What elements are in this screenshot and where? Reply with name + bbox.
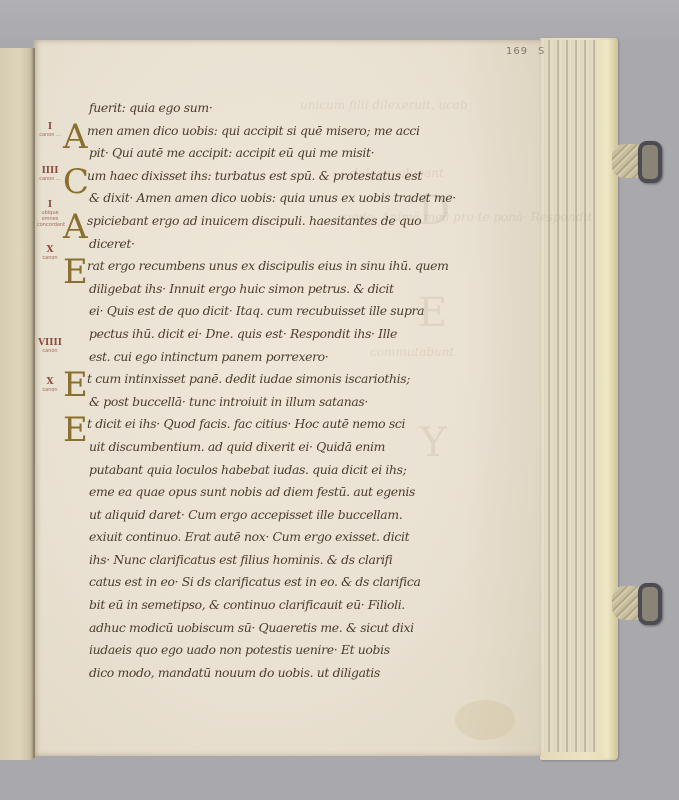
text-line: adhuc modicū uobiscum sū· Quaeretis me. … xyxy=(63,617,443,640)
line-text: & dixit· Amen amen dico uobis: quia unus… xyxy=(89,187,456,210)
gutter xyxy=(33,48,35,758)
folio-number: 169 xyxy=(506,46,528,57)
canon-label: canon ... xyxy=(39,132,61,138)
quire-mark: S xyxy=(538,46,544,57)
line-text: dico modo, mandatū nouum do uobis. ut di… xyxy=(89,662,380,685)
canon-label: canon ... xyxy=(39,176,61,182)
text-line: ut aliquid daret· Cum ergo accepisset il… xyxy=(63,504,443,527)
text-line: Erat ergo recumbens unus ex discipulis e… xyxy=(63,255,443,278)
text-line: Cum haec dixisset ihs: turbatus est spū.… xyxy=(63,165,443,188)
canon-margin-note: Iubique omnes concordant xyxy=(37,200,63,228)
line-text: catus est in eo· Si ds clarificatus est … xyxy=(89,571,421,594)
lower-clasp xyxy=(612,578,662,628)
text-line: Et cum intinxisset panē. dedit iudae sim… xyxy=(63,368,443,391)
canon-label: canon xyxy=(42,255,57,261)
line-text: putabant quia loculos habebat iudas. qui… xyxy=(89,459,407,482)
text-line: uit discumbentium. ad quid dixerit ei· Q… xyxy=(63,436,443,459)
text-line: Et dicit ei ihs· Quod facis. fac citius·… xyxy=(63,413,443,436)
line-text: men amen dico uobis: qui accipit si quē … xyxy=(87,120,420,143)
text-line: ihs· Nunc clarificatus est filius homini… xyxy=(63,549,443,572)
clasp-ring-icon xyxy=(638,583,662,625)
line-text: t dicit ei ihs· Quod facis. fac citius· … xyxy=(87,413,405,436)
text-line: exiuit continuo. Erat autē nox· Cum ergo… xyxy=(63,526,443,549)
text-block: fuerit: quia ego sum·Amen amen dico uobi… xyxy=(63,97,443,684)
text-line: ei· Quis est de quo dicit· Itaq. cum rec… xyxy=(63,300,443,323)
line-text: iudaeis quo ego uado non potestis uenire… xyxy=(89,639,390,662)
line-text: ihs· Nunc clarificatus est filius homini… xyxy=(89,549,393,572)
line-text: pit· Qui autē me accipit: accipit eū qui… xyxy=(89,142,374,165)
canon-margin-note: IIIIcanon ... xyxy=(37,166,63,182)
clasp-ring-icon xyxy=(638,141,662,183)
canon-label: ubique omnes concordant xyxy=(37,210,65,228)
upper-clasp xyxy=(612,136,662,186)
canon-number: IIII xyxy=(37,166,63,176)
line-text: ei· Quis est de quo dicit· Itaq. cum rec… xyxy=(89,300,424,323)
canon-number: X xyxy=(37,245,63,255)
line-text: eme ea quae opus sunt nobis ad diem fest… xyxy=(89,481,415,504)
canon-label: canon xyxy=(42,348,57,354)
photo-background xyxy=(0,0,679,40)
line-text: exiuit continuo. Erat autē nox· Cum ergo… xyxy=(89,526,409,549)
facing-leaf-edge xyxy=(0,48,33,760)
text-line: pit· Qui autē me accipit: accipit eū qui… xyxy=(63,142,443,165)
canon-margin-note: Xcanon xyxy=(37,377,63,393)
line-text: fuerit: quia ego sum· xyxy=(89,97,212,120)
text-line: & post buccellā· tunc introiuit in illum… xyxy=(63,391,443,414)
text-line: iudaeis quo ego uado non potestis uenire… xyxy=(63,639,443,662)
line-text: t cum intinxisset panē. dedit iudae simo… xyxy=(87,368,410,391)
line-text: spiciebant ergo ad inuicem discipuli. ha… xyxy=(87,210,421,233)
text-line: putabant quia loculos habebat iudas. qui… xyxy=(63,459,443,482)
canon-margin-note: Icanon ... xyxy=(37,122,63,138)
text-line: fuerit: quia ego sum· xyxy=(63,97,443,120)
line-text: & post buccellā· tunc introiuit in illum… xyxy=(89,391,368,414)
text-line: diligebat ihs· Innuit ergo huic simon pe… xyxy=(63,278,443,301)
line-text: ut aliquid daret· Cum ergo accepisset il… xyxy=(89,504,402,527)
canon-margin-note: VIIIIcanon xyxy=(37,338,63,354)
canon-number: VIIII xyxy=(37,338,63,348)
line-text: um haec dixisset ihs: turbatus est spū. … xyxy=(87,165,422,188)
line-text: pectus ihū. dicit ei· Dne. quis est· Res… xyxy=(89,323,397,346)
line-text: rat ergo recumbens unus ex discipulis ei… xyxy=(87,255,449,278)
text-line: est. cui ego intinctum panem porrexero· xyxy=(63,346,443,369)
canon-label: canon xyxy=(42,387,57,393)
text-line: catus est in eo· Si ds clarificatus est … xyxy=(63,571,443,594)
line-text: diceret· xyxy=(89,233,135,256)
text-line: & dixit· Amen amen dico uobis: quia unus… xyxy=(63,187,443,210)
canon-number: I xyxy=(37,122,63,132)
line-text: bit eū in semetipso, & continuo clarific… xyxy=(89,594,405,617)
text-line: bit eū in semetipso, & continuo clarific… xyxy=(63,594,443,617)
parchment-stain xyxy=(455,700,515,740)
text-line: dico modo, mandatū nouum do uobis. ut di… xyxy=(63,662,443,685)
line-text: diligebat ihs· Innuit ergo huic simon pe… xyxy=(89,278,394,301)
line-text: uit discumbentium. ad quid dixerit ei· Q… xyxy=(89,436,385,459)
text-line: Aspiciebant ergo ad inuicem discipuli. h… xyxy=(63,210,443,233)
text-line: Amen amen dico uobis: qui accipit si quē… xyxy=(63,120,443,143)
canon-margin-note: Xcanon xyxy=(37,245,63,261)
canon-number: I xyxy=(37,200,63,210)
page-edges-stack xyxy=(535,40,605,752)
text-line: pectus ihū. dicit ei· Dne. quis est· Res… xyxy=(63,323,443,346)
line-text: est. cui ego intinctum panem porrexero· xyxy=(89,346,328,369)
text-line: eme ea quae opus sunt nobis ad diem fest… xyxy=(63,481,443,504)
text-line: diceret· xyxy=(63,233,443,256)
canon-number: X xyxy=(37,377,63,387)
line-text: adhuc modicū uobiscum sū· Quaeretis me. … xyxy=(89,617,414,640)
